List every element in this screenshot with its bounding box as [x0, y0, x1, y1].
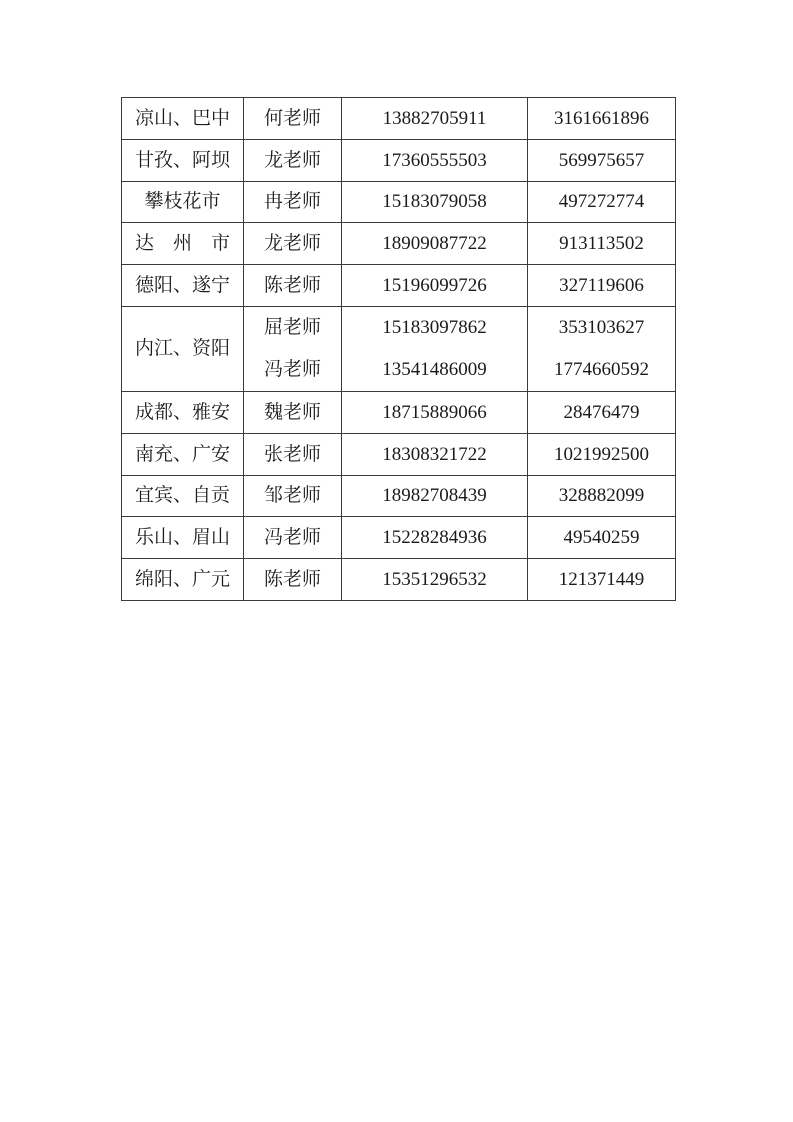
phone-number: 18715889066	[382, 402, 487, 423]
region-label: 攀枝花市	[144, 191, 220, 212]
qq-number: 569975657	[559, 150, 645, 171]
teacher-name: 张老师	[264, 444, 321, 465]
qq-number: 121371449	[559, 569, 645, 590]
phone-number: 13541486009	[342, 349, 527, 391]
phone-number: 18982708439	[382, 485, 487, 506]
phone-number: 18308321722	[382, 444, 487, 465]
phone-number: 15183079058	[382, 191, 487, 212]
region-cell: 甘孜、阿坝	[122, 139, 244, 181]
qq-cell: 49540259	[528, 517, 676, 559]
qq-number: 327119606	[559, 275, 644, 296]
teacher-name: 冯老师	[244, 349, 341, 391]
qq-number: 353103627	[528, 307, 675, 349]
region-label: 达 州 市	[135, 233, 230, 254]
phone-cell: 15183079058	[342, 181, 528, 223]
region-cell: 德阳、遂宁	[122, 265, 244, 307]
phone-cell: 15228284936	[342, 517, 528, 559]
phone-number: 17360555503	[382, 150, 487, 171]
table-row: 凉山、巴中 何老师 13882705911 3161661896	[122, 98, 676, 140]
region-label: 德阳、遂宁	[135, 275, 230, 296]
table-row: 成都、雅安 魏老师 18715889066 28476479	[122, 391, 676, 433]
teacher-name: 冯老师	[264, 527, 321, 548]
teacher-name: 冉老师	[264, 191, 321, 212]
qq-cell: 28476479	[528, 391, 676, 433]
teacher-cell: 陈老师	[244, 559, 342, 601]
region-cell: 乐山、眉山	[122, 517, 244, 559]
phone-cell: 18909087722	[342, 223, 528, 265]
teacher-name: 何老师	[264, 108, 321, 129]
teacher-cell: 龙老师	[244, 223, 342, 265]
qq-cell: 353103627 1774660592	[528, 306, 676, 391]
phone-cell: 17360555503	[342, 139, 528, 181]
teacher-cell: 张老师	[244, 433, 342, 475]
document-page: 凉山、巴中 何老师 13882705911 3161661896 甘孜、阿坝 龙…	[0, 0, 793, 1122]
qq-cell: 3161661896	[528, 98, 676, 140]
region-label: 乐山、眉山	[135, 527, 230, 548]
table-row: 达 州 市 龙老师 18909087722 913113502	[122, 223, 676, 265]
qq-stack: 353103627 1774660592	[528, 307, 675, 391]
table-row: 攀枝花市 冉老师 15183079058 497272774	[122, 181, 676, 223]
teacher-name: 屈老师	[244, 307, 341, 349]
table-row: 宜宾、自贡 邹老师 18982708439 328882099	[122, 475, 676, 517]
phone-number: 15196099726	[382, 275, 487, 296]
region-label: 成都、雅安	[135, 402, 230, 423]
teacher-name: 陈老师	[264, 569, 321, 590]
teacher-name: 龙老师	[264, 150, 321, 171]
phone-number: 13882705911	[383, 108, 487, 129]
table-row: 绵阳、广元 陈老师 15351296532 121371449	[122, 559, 676, 601]
qq-cell: 913113502	[528, 223, 676, 265]
teacher-cell: 冉老师	[244, 181, 342, 223]
phone-stack: 15183097862 13541486009	[342, 307, 527, 391]
region-label: 内江、资阳	[135, 338, 230, 359]
teacher-cell: 冯老师	[244, 517, 342, 559]
qq-cell: 569975657	[528, 139, 676, 181]
region-label: 绵阳、广元	[135, 569, 230, 590]
qq-cell: 327119606	[528, 265, 676, 307]
qq-number: 3161661896	[554, 108, 649, 129]
qq-cell: 497272774	[528, 181, 676, 223]
qq-cell: 1021992500	[528, 433, 676, 475]
teacher-cell: 屈老师 冯老师	[244, 306, 342, 391]
phone-number: 18909087722	[382, 233, 487, 254]
phone-cell: 15183097862 13541486009	[342, 306, 528, 391]
teacher-cell: 邹老师	[244, 475, 342, 517]
teacher-name: 陈老师	[264, 275, 321, 296]
phone-number: 15351296532	[382, 569, 487, 590]
region-label: 甘孜、阿坝	[135, 150, 230, 171]
qq-number: 913113502	[559, 233, 644, 254]
table-row: 南充、广安 张老师 18308321722 1021992500	[122, 433, 676, 475]
qq-number: 1774660592	[528, 349, 675, 391]
region-cell: 凉山、巴中	[122, 98, 244, 140]
teacher-cell: 何老师	[244, 98, 342, 140]
region-label: 南充、广安	[135, 444, 230, 465]
table-row: 德阳、遂宁 陈老师 15196099726 327119606	[122, 265, 676, 307]
region-label: 宜宾、自贡	[135, 485, 230, 506]
contact-table: 凉山、巴中 何老师 13882705911 3161661896 甘孜、阿坝 龙…	[121, 97, 676, 601]
phone-cell: 18308321722	[342, 433, 528, 475]
phone-number: 15228284936	[382, 527, 487, 548]
qq-number: 49540259	[564, 527, 640, 548]
qq-number: 1021992500	[554, 444, 649, 465]
table-row: 甘孜、阿坝 龙老师 17360555503 569975657	[122, 139, 676, 181]
phone-cell: 13882705911	[342, 98, 528, 140]
teacher-stack: 屈老师 冯老师	[244, 307, 341, 391]
region-cell: 达 州 市	[122, 223, 244, 265]
region-label: 凉山、巴中	[135, 108, 230, 129]
region-cell: 内江、资阳	[122, 306, 244, 391]
phone-cell: 18715889066	[342, 391, 528, 433]
phone-cell: 15196099726	[342, 265, 528, 307]
phone-cell: 15351296532	[342, 559, 528, 601]
region-cell: 攀枝花市	[122, 181, 244, 223]
teacher-name: 龙老师	[264, 233, 321, 254]
teacher-name: 魏老师	[264, 402, 321, 423]
table-row: 乐山、眉山 冯老师 15228284936 49540259	[122, 517, 676, 559]
qq-cell: 121371449	[528, 559, 676, 601]
table-row: 内江、资阳 屈老师 冯老师 15183097862 13541486009 35	[122, 306, 676, 391]
region-cell: 宜宾、自贡	[122, 475, 244, 517]
phone-cell: 18982708439	[342, 475, 528, 517]
region-cell: 绵阳、广元	[122, 559, 244, 601]
teacher-cell: 龙老师	[244, 139, 342, 181]
teacher-cell: 魏老师	[244, 391, 342, 433]
qq-number: 328882099	[559, 485, 645, 506]
qq-number: 497272774	[559, 191, 645, 212]
qq-cell: 328882099	[528, 475, 676, 517]
region-cell: 成都、雅安	[122, 391, 244, 433]
qq-number: 28476479	[564, 402, 640, 423]
teacher-name: 邹老师	[264, 485, 321, 506]
teacher-cell: 陈老师	[244, 265, 342, 307]
phone-number: 15183097862	[342, 307, 527, 349]
region-cell: 南充、广安	[122, 433, 244, 475]
